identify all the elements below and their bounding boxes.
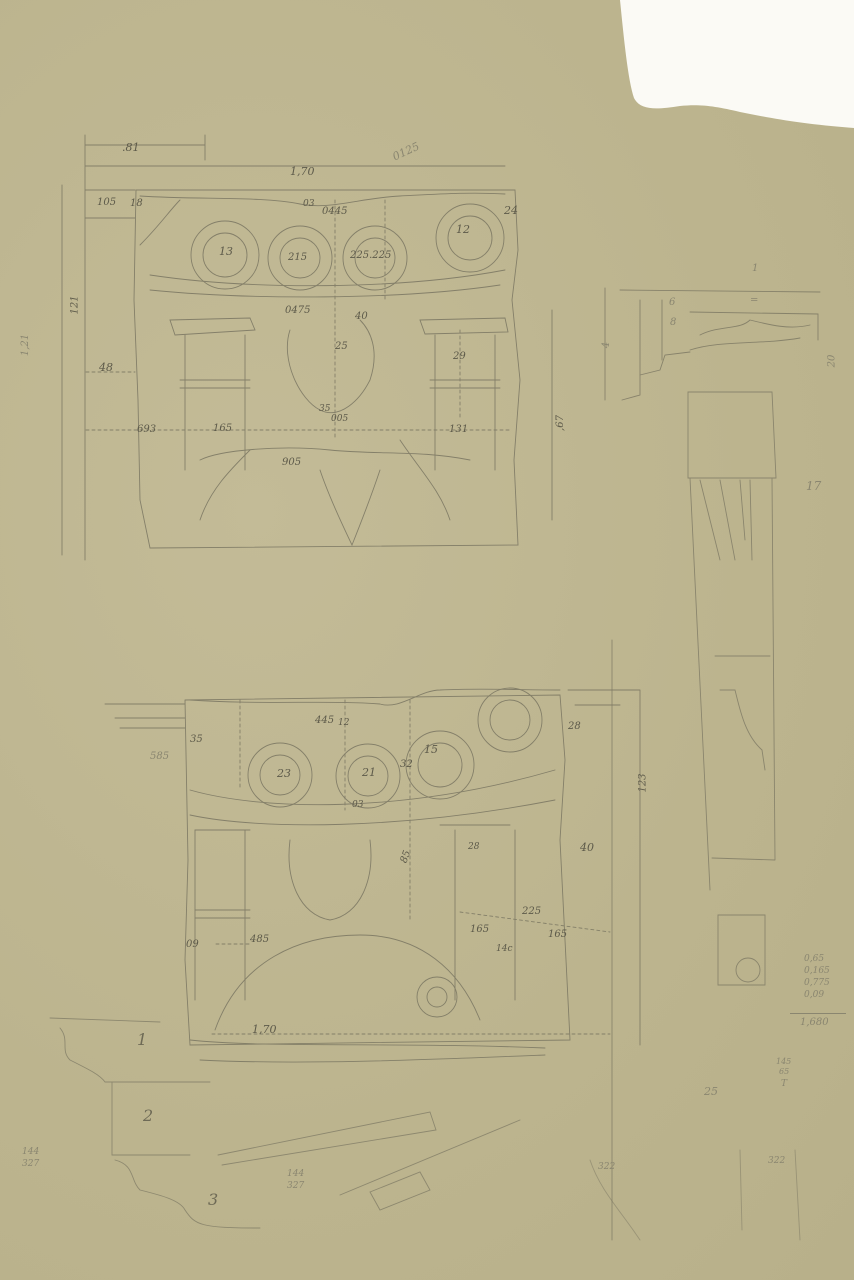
dim-label: .81 — [122, 142, 140, 153]
dim-label: 585 — [150, 752, 169, 762]
note: T — [781, 1080, 787, 1089]
dim-label: 28 — [468, 843, 479, 852]
dim-label: 0475 — [285, 306, 310, 316]
dim-label: 105 — [97, 198, 116, 208]
drawing-sheet: .81 1,70 0125 105 18 03 0445 24 13 215 2… — [0, 0, 854, 1280]
dim-label: 0445 — [322, 207, 347, 217]
dim-label: 21 — [362, 767, 376, 778]
dim-label: 24 — [504, 205, 518, 216]
sum-total: 1,680 — [800, 1018, 829, 1028]
note: 65 — [779, 1068, 789, 1076]
dim-label: 131 — [449, 425, 468, 435]
dim-label: 03 — [303, 200, 314, 209]
dim-label: 25 — [335, 342, 348, 352]
dim-label: 17 — [806, 480, 821, 492]
dim-label: 225 — [522, 907, 541, 917]
dim-label: 40 — [355, 312, 368, 322]
profile-number: 1 — [137, 1032, 147, 1048]
dim-label: 8 — [670, 318, 676, 328]
dim-label: 121 — [71, 295, 81, 314]
note: 144 — [22, 1148, 39, 1157]
dim-label: 165 — [213, 424, 232, 434]
moulding-profiles-lower-left — [50, 1018, 520, 1228]
note: 25 — [704, 1086, 718, 1097]
dim-label: 6 — [669, 298, 675, 308]
dim-label: ,67 — [556, 415, 566, 431]
dim-label: 48 — [99, 362, 113, 373]
dim-label: = — [750, 296, 758, 306]
dim-label: 14c — [496, 945, 513, 954]
note: 144 — [287, 1170, 304, 1179]
profile-number: 3 — [208, 1192, 218, 1208]
dim-label: 29 — [453, 352, 466, 362]
dim-label: 225.225 — [350, 251, 391, 261]
dim-label: 15 — [424, 744, 438, 755]
dim-label: 1 — [752, 264, 758, 274]
profile-sketch-top-right — [605, 288, 820, 400]
note: 322 — [598, 1163, 615, 1172]
note: 145 — [776, 1058, 791, 1066]
dim-label: 40 — [580, 842, 594, 853]
dim-label: 13 — [219, 246, 233, 257]
dim-label: 20 — [827, 355, 837, 368]
lower-capital-drawing — [105, 688, 640, 1062]
note: 327 — [287, 1182, 304, 1191]
dim-label: 09 — [186, 940, 199, 950]
note: 327 — [22, 1160, 39, 1169]
dim-label: 18 — [130, 199, 143, 209]
sum-line: 0,09 — [804, 991, 824, 1000]
note: 322 — [768, 1157, 785, 1166]
dim-label: 905 — [282, 458, 301, 468]
dim-label: 123 — [639, 773, 649, 792]
column-profile-right — [612, 392, 776, 1240]
dim-label: 215 — [288, 253, 307, 263]
dim-label: 12 — [338, 719, 349, 728]
dim-label: 165 — [548, 930, 567, 940]
dim-label: 485 — [250, 935, 269, 945]
sum-line: 0,775 — [804, 979, 830, 988]
dim-label: 445 — [315, 716, 334, 726]
dim-label: 32 — [400, 760, 413, 770]
dim-label: 28 — [568, 722, 581, 732]
sum-line: 0,65 — [804, 955, 824, 964]
dim-label: 35 — [319, 405, 330, 414]
dim-label: 005 — [331, 415, 348, 424]
pencil-linework — [0, 0, 854, 1280]
sum-line: 0,165 — [804, 967, 830, 976]
dim-label: 165 — [470, 925, 489, 935]
dim-label: 35 — [190, 735, 203, 745]
dim-label: 03 — [352, 801, 363, 810]
profile-number: 2 — [143, 1108, 153, 1124]
dim-label: 12 — [456, 224, 470, 235]
dim-label: 1,70 — [252, 1024, 277, 1035]
dim-label: 4 — [602, 342, 612, 348]
dim-label: 693 — [137, 425, 156, 435]
dim-label: 1,70 — [290, 166, 315, 177]
dim-label: 1,21 — [21, 334, 31, 356]
dim-label: 23 — [277, 768, 291, 779]
sum-divider — [790, 1013, 846, 1014]
